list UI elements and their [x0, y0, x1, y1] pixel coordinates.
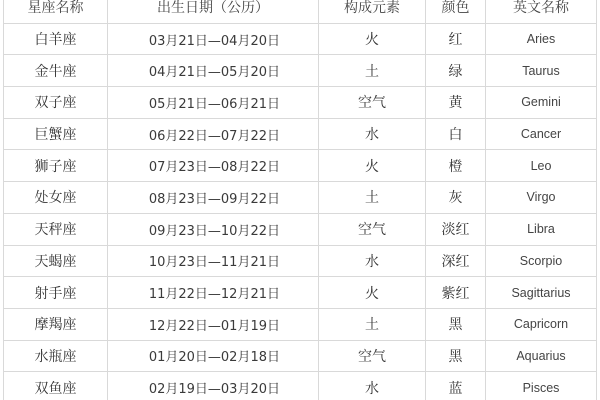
english-name-cell: Aquarius: [486, 340, 597, 372]
color-cell: 灰: [426, 182, 486, 214]
color-cell: 黑: [426, 340, 486, 372]
zodiac-table: 星座名称 出生日期（公历） 构成元素 颜色 英文名称 白羊座03月21日—04月…: [3, 0, 597, 400]
zodiac-table-image: 星座名称 出生日期（公历） 构成元素 颜色 英文名称 白羊座03月21日—04月…: [0, 0, 600, 400]
color-cell: 深红: [426, 245, 486, 277]
header-element: 构成元素: [319, 0, 426, 23]
header-birth-date: 出生日期（公历）: [108, 0, 319, 23]
birth-date-cell: 10月23日—11月21日: [108, 245, 319, 277]
english-name-cell: Pisces: [486, 372, 597, 400]
table-row: 狮子座07月23日—08月22日火橙Leo: [4, 150, 597, 182]
table-row: 处女座08月23日—09月22日土灰Virgo: [4, 182, 597, 214]
english-name-cell: Gemini: [486, 87, 597, 119]
table-row: 天蝎座10月23日—11月21日水深红Scorpio: [4, 245, 597, 277]
table-row: 双子座05月21日—06月21日空气黄Gemini: [4, 87, 597, 119]
birth-date-cell: 11月22日—12月21日: [108, 277, 319, 309]
color-cell: 绿: [426, 55, 486, 87]
table-row: 巨蟹座06月22日—07月22日水白Cancer: [4, 118, 597, 150]
table-row: 金牛座04月21日—05月20日土绿Taurus: [4, 55, 597, 87]
color-cell: 橙: [426, 150, 486, 182]
element-cell: 空气: [319, 340, 426, 372]
sign-name-cell: 射手座: [4, 277, 108, 309]
element-cell: 土: [319, 182, 426, 214]
birth-date-cell: 07月23日—08月22日: [108, 150, 319, 182]
element-cell: 土: [319, 308, 426, 340]
header-english-name: 英文名称: [486, 0, 597, 23]
sign-name-cell: 狮子座: [4, 150, 108, 182]
color-cell: 白: [426, 118, 486, 150]
birth-date-cell: 09月23日—10月22日: [108, 213, 319, 245]
english-name-cell: Sagittarius: [486, 277, 597, 309]
table-row: 白羊座03月21日—04月20日火红Aries: [4, 23, 597, 55]
english-name-cell: Libra: [486, 213, 597, 245]
english-name-cell: Scorpio: [486, 245, 597, 277]
english-name-cell: Aries: [486, 23, 597, 55]
color-cell: 淡红: [426, 213, 486, 245]
sign-name-cell: 巨蟹座: [4, 118, 108, 150]
element-cell: 水: [319, 118, 426, 150]
element-cell: 火: [319, 277, 426, 309]
birth-date-cell: 12月22日—01月19日: [108, 308, 319, 340]
english-name-cell: Taurus: [486, 55, 597, 87]
english-name-cell: Leo: [486, 150, 597, 182]
element-cell: 火: [319, 23, 426, 55]
sign-name-cell: 水瓶座: [4, 340, 108, 372]
sign-name-cell: 处女座: [4, 182, 108, 214]
english-name-cell: Capricorn: [486, 308, 597, 340]
birth-date-cell: 02月19日—03月20日: [108, 372, 319, 400]
element-cell: 火: [319, 150, 426, 182]
sign-name-cell: 天蝎座: [4, 245, 108, 277]
element-cell: 土: [319, 55, 426, 87]
header-row: 星座名称 出生日期（公历） 构成元素 颜色 英文名称: [4, 0, 597, 23]
birth-date-cell: 04月21日—05月20日: [108, 55, 319, 87]
sign-name-cell: 摩羯座: [4, 308, 108, 340]
birth-date-cell: 01月20日—02月18日: [108, 340, 319, 372]
sign-name-cell: 双鱼座: [4, 372, 108, 400]
sign-name-cell: 天秤座: [4, 213, 108, 245]
color-cell: 蓝: [426, 372, 486, 400]
element-cell: 空气: [319, 87, 426, 119]
birth-date-cell: 08月23日—09月22日: [108, 182, 319, 214]
table-row: 射手座11月22日—12月21日火紫红Sagittarius: [4, 277, 597, 309]
color-cell: 红: [426, 23, 486, 55]
color-cell: 黄: [426, 87, 486, 119]
header-sign-name: 星座名称: [4, 0, 108, 23]
color-cell: 紫红: [426, 277, 486, 309]
element-cell: 水: [319, 372, 426, 400]
table-row: 天秤座09月23日—10月22日空气淡红Libra: [4, 213, 597, 245]
color-cell: 黑: [426, 308, 486, 340]
sign-name-cell: 双子座: [4, 87, 108, 119]
table-row: 摩羯座12月22日—01月19日土黑Capricorn: [4, 308, 597, 340]
table-row: 水瓶座01月20日—02月18日空气黑Aquarius: [4, 340, 597, 372]
header-color: 颜色: [426, 0, 486, 23]
birth-date-cell: 06月22日—07月22日: [108, 118, 319, 150]
sign-name-cell: 金牛座: [4, 55, 108, 87]
element-cell: 空气: [319, 213, 426, 245]
sign-name-cell: 白羊座: [4, 23, 108, 55]
english-name-cell: Cancer: [486, 118, 597, 150]
birth-date-cell: 03月21日—04月20日: [108, 23, 319, 55]
element-cell: 水: [319, 245, 426, 277]
birth-date-cell: 05月21日—06月21日: [108, 87, 319, 119]
english-name-cell: Virgo: [486, 182, 597, 214]
table-row: 双鱼座02月19日—03月20日水蓝Pisces: [4, 372, 597, 400]
